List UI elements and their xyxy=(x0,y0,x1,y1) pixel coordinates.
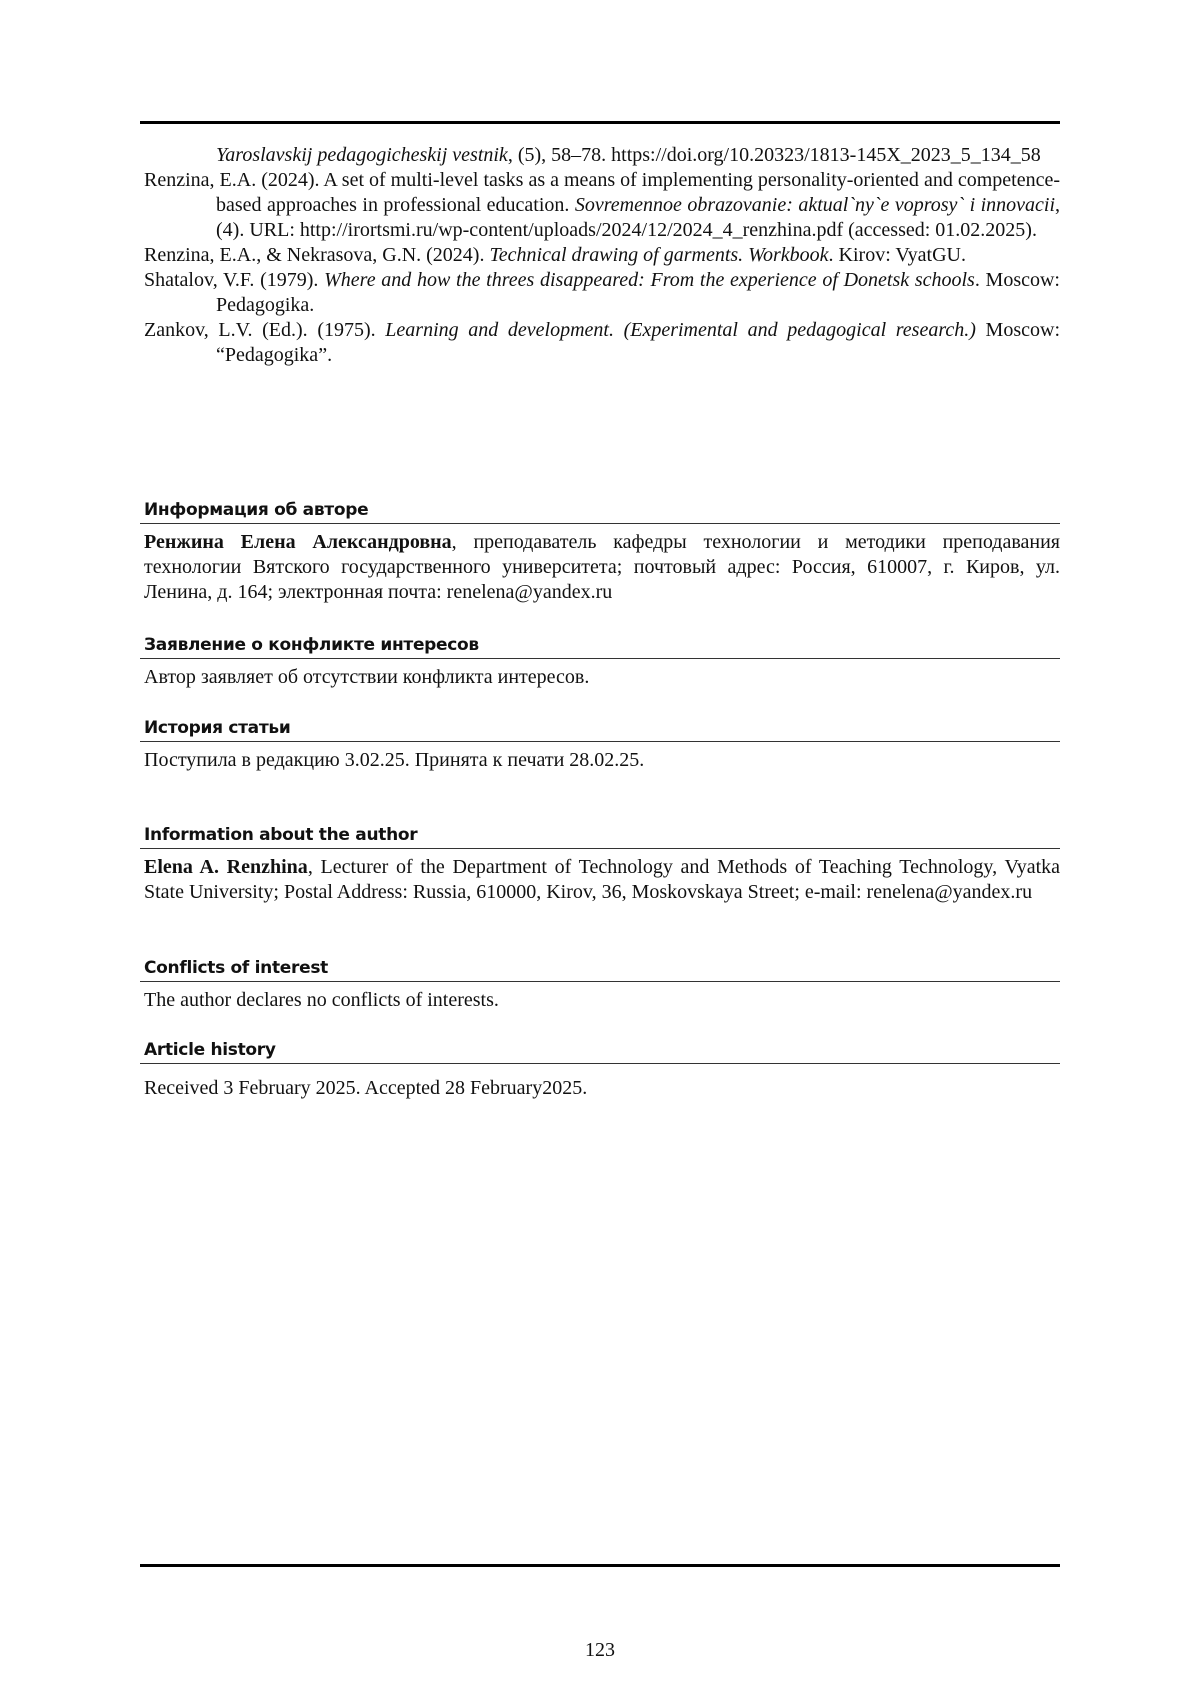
reference-tail: , (5), 58–78. https://doi.org/10.20323/1… xyxy=(508,144,1041,166)
author-name: Elena A. Renzhina xyxy=(144,856,308,878)
reference-lead: Renzina, E.A., & Nekrasova, G.N. (2024). xyxy=(144,244,489,266)
section-heading: Article history xyxy=(140,1040,1060,1064)
section-body: Автор заявляет об отсутствии конфликта и… xyxy=(140,665,1060,690)
section-body: Поступила в редакцию 3.02.25. Принята к … xyxy=(140,748,1060,773)
reference-title: Technical drawing of garments. Workbook xyxy=(489,244,828,266)
reference-tail: . Kirov: VyatGU. xyxy=(829,244,966,266)
section-body: Ренжина Елена Александровна, преподавате… xyxy=(140,530,1060,605)
reference-list: Yaroslavskij pedagogicheskij vestnik, (5… xyxy=(144,143,1060,368)
reference-title: Learning and development. (Experimental … xyxy=(385,319,976,341)
ru-author-info-section: Информация об авторе Ренжина Елена Алекс… xyxy=(140,500,1060,605)
reference-title: Yaroslavskij pedagogicheskij vestnik xyxy=(216,144,508,166)
section-body: The author declares no conflicts of inte… xyxy=(140,988,1060,1013)
reference-item: Shatalov, V.F. (1979). Where and how the… xyxy=(144,268,1060,318)
reference-lead: Shatalov, V.F. (1979). xyxy=(144,269,324,291)
section-body: Received 3 February 2025. Accepted 28 Fe… xyxy=(140,1076,1060,1101)
reference-title: Where and how the threes disappeared: Fr… xyxy=(324,269,975,291)
page-number: 123 xyxy=(0,1638,1200,1662)
reference-item: Yaroslavskij pedagogicheskij vestnik, (5… xyxy=(144,143,1060,168)
ru-history-section: История статьи Поступила в редакцию 3.02… xyxy=(140,718,1060,773)
section-heading: Заявление о конфликте интересов xyxy=(140,635,1060,659)
en-history-section: Article history Received 3 February 2025… xyxy=(140,1040,1060,1101)
author-name: Ренжина Елена Александровна xyxy=(144,531,452,553)
en-author-info-section: Information about the author Elena A. Re… xyxy=(140,825,1060,905)
en-conflict-section: Conflicts of interest The author declare… xyxy=(140,958,1060,1013)
ru-conflict-section: Заявление о конфликте интересов Автор за… xyxy=(140,635,1060,690)
section-heading: Conflicts of interest xyxy=(140,958,1060,982)
reference-item: Zankov, L.V. (Ed.). (1975). Learning and… xyxy=(144,318,1060,368)
reference-item: Renzina, E.A. (2024). A set of multi-lev… xyxy=(144,168,1060,243)
reference-title: Sovremennoe obrazovanie: aktual`ny`e vop… xyxy=(575,194,1055,216)
section-heading: Информация об авторе xyxy=(140,500,1060,524)
footer-rule xyxy=(140,1564,1060,1567)
section-heading: Information about the author xyxy=(140,825,1060,849)
reference-item: Renzina, E.A., & Nekrasova, G.N. (2024).… xyxy=(144,243,1060,268)
section-heading: История статьи xyxy=(140,718,1060,742)
section-body: Elena A. Renzhina, Lecturer of the Depar… xyxy=(140,855,1060,905)
header-rule xyxy=(140,121,1060,124)
reference-lead: Zankov, L.V. (Ed.). (1975). xyxy=(144,319,385,341)
